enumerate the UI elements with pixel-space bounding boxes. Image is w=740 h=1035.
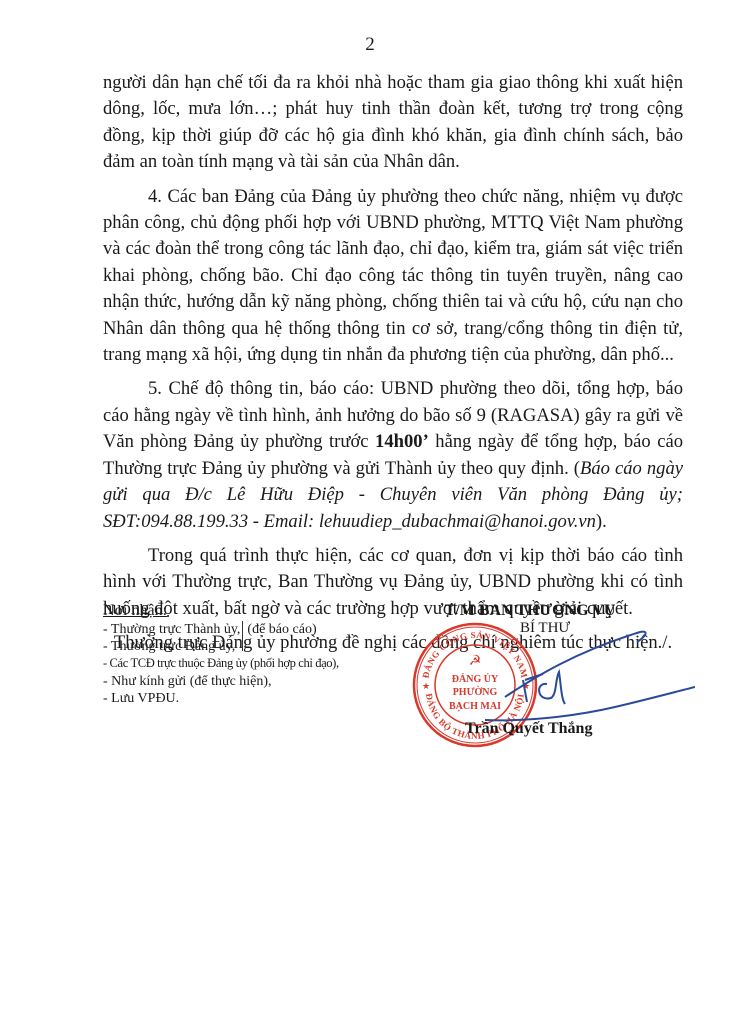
signature-title: T/M BAN THƯỜNG VỤ — [425, 602, 635, 620]
signature-block: T/M BAN THƯỜNG VỤ BÍ THƯ ĐẢNG CỘNG SẢN V… — [425, 602, 635, 637]
paragraph-continuation: người dân hạn chế tối đa ra khỏi nhà hoặ… — [103, 70, 683, 176]
recipient-item: - Các TCĐ trực thuộc Đảng ủy (phối hợp c… — [103, 655, 423, 673]
document-body: người dân hạn chế tối đa ra khỏi nhà hoặ… — [103, 70, 683, 665]
signer-name: Trần Quyết Thắng — [465, 720, 592, 738]
paragraph-item-5: 5. Chế độ thông tin, báo cáo: UBND phườn… — [103, 376, 683, 534]
recipient-note: (để báo cáo) — [247, 622, 316, 637]
recipient-item: - Như kính gửi (để thực hiện), — [103, 673, 423, 691]
handwritten-signature-icon — [465, 622, 695, 732]
svg-text:★: ★ — [422, 681, 430, 691]
bracket-divider — [242, 621, 243, 651]
paragraph-item-4: 4. Các ban Đảng của Đảng ủy phường theo … — [103, 184, 683, 369]
recipients-title: Nơi nhận: — [103, 602, 423, 620]
page-number: 2 — [0, 34, 740, 56]
deadline-time: 14h00’ — [375, 431, 429, 452]
recipient-item: - Lưu VPĐU. — [103, 690, 423, 708]
recipients-block: Nơi nhận: - Thường trực Thành ủy,(để báo… — [103, 602, 423, 708]
